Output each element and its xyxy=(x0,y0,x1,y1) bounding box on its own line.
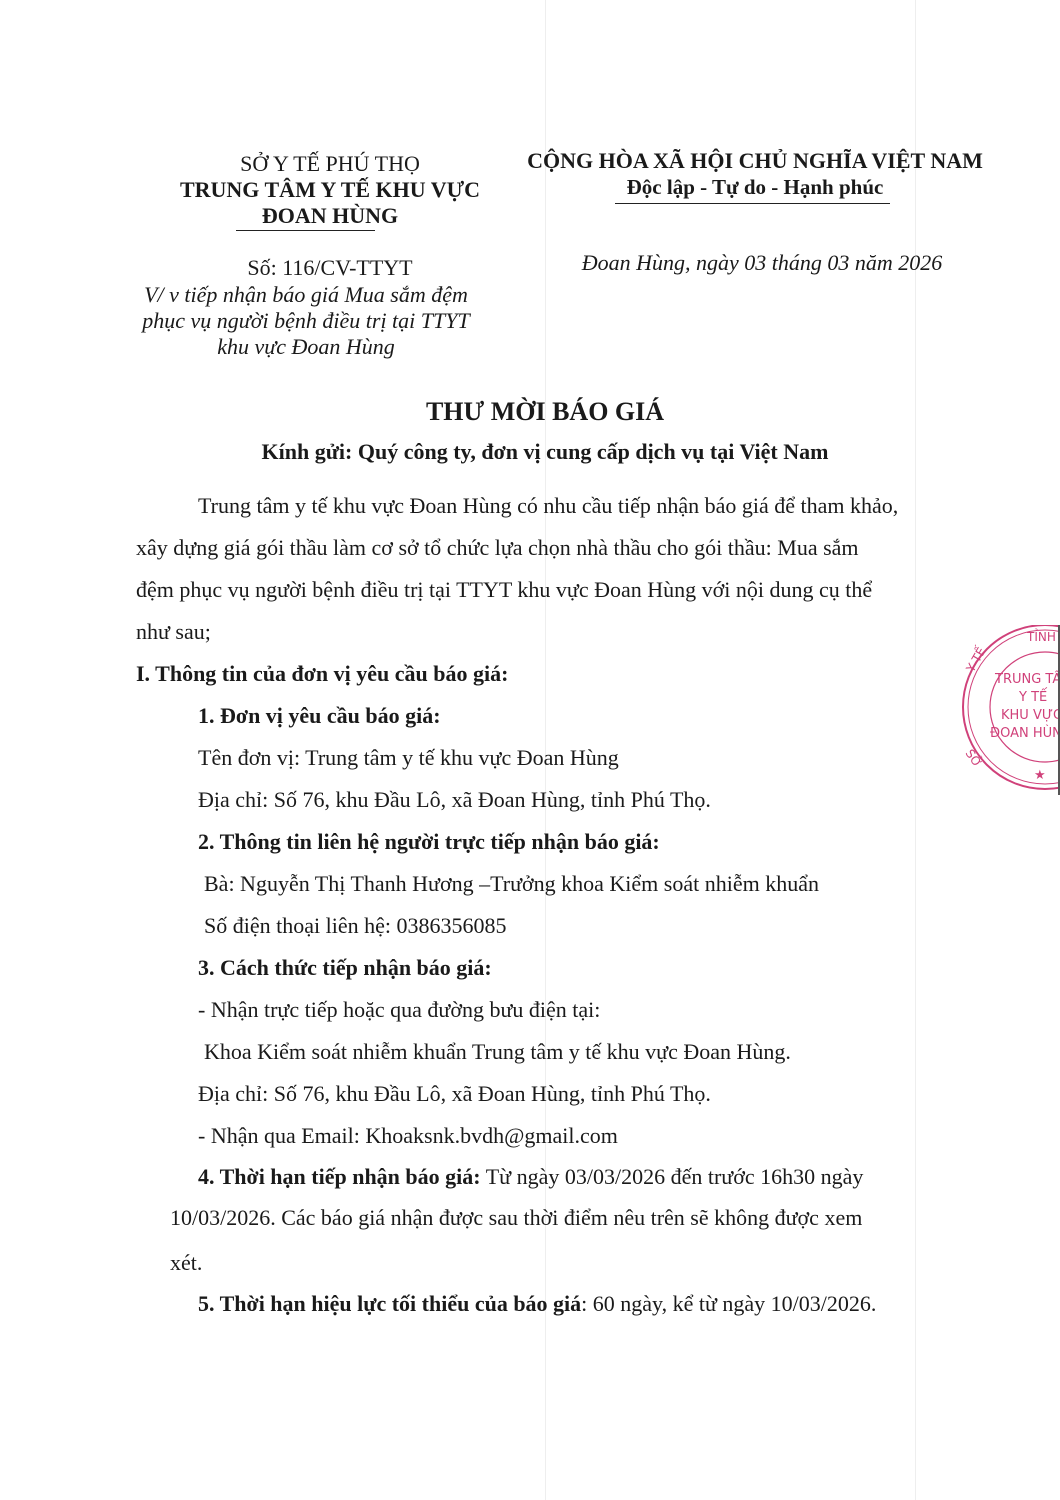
scan-artifact xyxy=(915,0,916,1500)
contact-person: Bà: Nguyễn Thị Thanh Hương –Trưởng khoa … xyxy=(204,871,819,897)
receive-email-line: - Nhận qua Email: Khoaksnk.bvdh@gmail.co… xyxy=(198,1123,618,1149)
item-heading: 3. Cách thức tiếp nhận báo giá: xyxy=(198,955,492,981)
stamp-center-line: ĐOAN HÙNG xyxy=(990,725,1060,741)
document-page: { "left_header": { "ministry": "SỞ Y TẾ … xyxy=(0,0,1060,1500)
section-heading: I. Thông tin của đơn vị yêu cầu báo giá: xyxy=(136,661,508,687)
intro-paragraph-line: đệm phục vụ người bệnh điều trị tại TTYT… xyxy=(136,577,872,603)
email-link[interactable]: Khoaksnk.bvdh@gmail.com xyxy=(365,1123,617,1148)
organization-name-line2: ĐOAN HÙNG xyxy=(130,203,530,229)
organization-name-line1: TRUNG TÂM Y TẾ KHU VỰC xyxy=(130,177,530,203)
deadline-text-continued: 10/03/2026. Các báo giá nhận được sau th… xyxy=(170,1205,862,1231)
intro-paragraph-line: xây dựng giá gói thầu làm cơ sở tổ chức … xyxy=(136,535,859,561)
intro-paragraph-line: như sau; xyxy=(136,619,211,645)
item-heading: 2. Thông tin liên hệ người trực tiếp nhậ… xyxy=(198,829,660,855)
subject-line: phục vụ người bệnh điều trị tại TTYT xyxy=(106,308,506,334)
header-underline xyxy=(236,230,375,231)
official-stamp: TỈNH Y TẾ SỞ TRUNG TÂM Y TẾ KHU VỰC ĐOAN… xyxy=(955,625,1060,790)
stamp-star-icon: ★ xyxy=(1034,768,1046,783)
receive-department: Khoa Kiểm soát nhiễm khuẩn Trung tâm y t… xyxy=(204,1039,791,1065)
item-heading: 4. Thời hạn tiếp nhận báo giá: xyxy=(198,1164,481,1189)
deadline-text: Từ ngày 03/03/2026 đến trước 16h30 ngày xyxy=(481,1164,864,1189)
motto-underline xyxy=(615,203,890,204)
deadline-line: 4. Thời hạn tiếp nhận báo giá: Từ ngày 0… xyxy=(198,1164,863,1190)
email-label: - Nhận qua Email: xyxy=(198,1123,365,1148)
national-title: CỘNG HÒA XÃ HỘI CHỦ NGHĨA VIỆT NAM xyxy=(505,148,1005,174)
ministry-name: SỞ Y TẾ PHÚ THỌ xyxy=(130,151,530,177)
item-heading: 5. Thời hạn hiệu lực tối thiểu của báo g… xyxy=(198,1291,581,1316)
place-and-date: Đoan Hùng, ngày 03 tháng 03 năm 2026 xyxy=(512,250,1012,276)
subject-line: khu vực Đoan Hùng xyxy=(106,334,506,360)
national-motto: Độc lập - Tự do - Hạnh phúc xyxy=(505,174,1005,200)
validity-text: : 60 ngày, kể từ ngày 10/03/2026. xyxy=(581,1291,876,1316)
stamp-center-line: TRUNG TÂM xyxy=(994,671,1060,687)
stamp-top-text: TỈNH xyxy=(1026,628,1056,644)
document-number: Số: 116/CV-TTYT xyxy=(130,255,530,281)
document-title: THƯ MỜI BÁO GIÁ xyxy=(0,397,1060,427)
unit-name: Tên đơn vị: Trung tâm y tế khu vực Đoan … xyxy=(198,745,619,771)
deadline-text-continued: xét. xyxy=(170,1250,202,1276)
stamp-center-line: Y TẾ xyxy=(1018,688,1048,705)
unit-address: Địa chỉ: Số 76, khu Đầu Lô, xã Đoan Hùng… xyxy=(198,787,711,813)
intro-paragraph-line: Trung tâm y tế khu vực Đoan Hùng có nhu … xyxy=(198,493,898,519)
receive-method-direct: - Nhận trực tiếp hoặc qua đường bưu điện… xyxy=(198,997,600,1023)
receive-address: Địa chỉ: Số 76, khu Đầu Lô, xã Đoan Hùng… xyxy=(198,1081,711,1107)
recipient-line: Kính gửi: Quý công ty, đơn vị cung cấp d… xyxy=(0,439,1060,465)
stamp-center-line: KHU VỰC xyxy=(1001,708,1060,723)
contact-phone: Số điện thoại liên hệ: 0386356085 xyxy=(204,913,506,939)
subject-line: V/ v tiếp nhận báo giá Mua sắm đệm xyxy=(106,282,506,308)
item-heading: 1. Đơn vị yêu cầu báo giá: xyxy=(198,703,441,729)
validity-line: 5. Thời hạn hiệu lực tối thiểu của báo g… xyxy=(198,1291,876,1317)
stamp-bottom-text: SỞ xyxy=(963,746,987,770)
